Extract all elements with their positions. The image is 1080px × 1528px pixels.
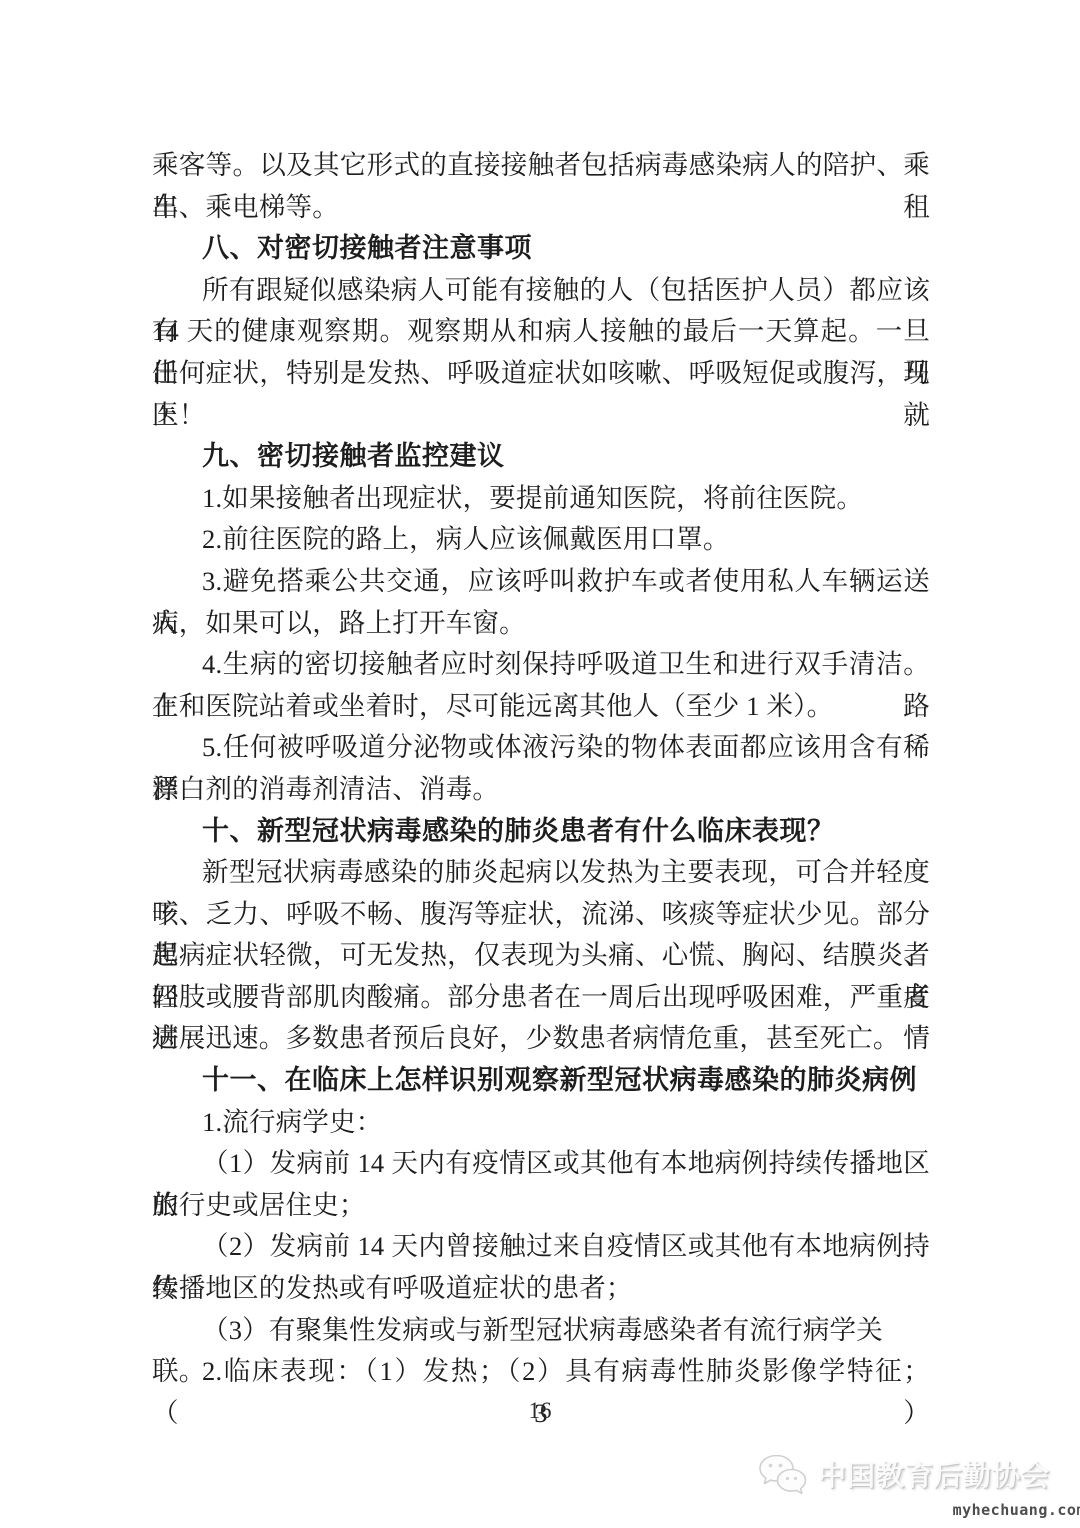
watermark-site-text: myhechuang.com (953, 1501, 1080, 1519)
section-heading: 八、对密切接触者注意事项 (152, 228, 930, 270)
text-line: 2.临床表现：（1）发热；（2）具有病毒性肺炎影像学特征；（3） (152, 1351, 930, 1393)
text-line: 5.任何被呼吸道分泌物或体液污染的物体表面都应该用含有稀释 (152, 727, 930, 769)
text-line: 乘客等。以及其它形式的直接接触者包括病毒感染病人的陪护、乘出租 (152, 145, 930, 187)
text-line: 14 天的健康观察期。观察期从和病人接触的最后一天算起。一旦出现 (152, 311, 930, 353)
section-heading: 九、密切接触者监控建议 (152, 436, 930, 478)
text-line: 漂白剂的消毒剂清洁、消毒。 (152, 769, 930, 811)
text-line: 旅行史或居住史； (152, 1185, 930, 1227)
document-page: 乘客等。以及其它形式的直接接触者包括病毒感染病人的陪护、乘出租车、乘电梯等。八、… (0, 0, 1080, 1528)
watermark: 中国教育后勤协会 (757, 1452, 1050, 1500)
text-line: （1）发病前 14 天内有疫情区或其他有本地病例持续传播地区的 (152, 1143, 930, 1185)
text-line: （2）发病前 14 天内曾接触过来自疫情区或其他有本地病例持续 (152, 1226, 930, 1268)
text-line: 起病症状轻微，可无发热，仅表现为头痛、心慌、胸闷、结膜炎、轻度 (152, 935, 930, 977)
text-line: 2.前往医院的路上，病人应该佩戴医用口罩。 (152, 519, 930, 561)
section-heading: 十、新型冠状病毒感染的肺炎患者有什么临床表现？ (152, 811, 930, 853)
text-line: 四肢或腰背部肌肉酸痛。部分患者在一周后出现呼吸困难，严重者病情 (152, 977, 930, 1019)
watermark-brand-text: 中国教育后勤协会 (818, 1462, 1050, 1490)
text-line: 所有跟疑似感染病人可能有接触的人（包括医护人员）都应该有 (152, 270, 930, 312)
text-line: 4.生病的密切接触者应时刻保持呼吸道卫生和进行双手清洁。在路 (152, 644, 930, 686)
text-line: 咳、乏力、呼吸不畅、腹泻等症状，流涕、咳痰等症状少见。部分患者 (152, 894, 930, 936)
text-line: 1.如果接触者出现症状，要提前通知医院，将前往医院。 (152, 478, 930, 520)
text-line: 上和医院站着或坐着时，尽可能远离其他人（至少 1 米）。 (152, 686, 930, 728)
text-line: 进展迅速。多数患者预后良好，少数患者病情危重，甚至死亡。 (152, 1018, 930, 1060)
text-line: 新型冠状病毒感染的肺炎起病以发热为主要表现，可合并轻度干 (152, 852, 930, 894)
text-line: 1.流行病学史： (152, 1102, 930, 1144)
text-line: 任何症状，特别是发热、呼吸道症状如咳嗽、呼吸短促或腹泻，马上就 (152, 353, 930, 395)
text-line: 人，如果可以，路上打开车窗。 (152, 603, 930, 645)
text-line: 传播地区的发热或有呼吸道症状的患者； (152, 1268, 930, 1310)
wechat-icon (757, 1452, 809, 1500)
text-line: （3）有聚集性发病或与新型冠状病毒感染者有流行病学关联。 (152, 1310, 930, 1352)
text-line: 3.避免搭乘公共交通，应该呼叫救护车或者使用私人车辆运送病 (152, 561, 930, 603)
section-heading: 十一、在临床上怎样识别观察新型冠状病毒感染的肺炎病例 (152, 1060, 930, 1102)
document-content: 乘客等。以及其它形式的直接接触者包括病毒感染病人的陪护、乘出租车、乘电梯等。八、… (152, 145, 930, 1393)
page-number: 16 (0, 1398, 1080, 1424)
